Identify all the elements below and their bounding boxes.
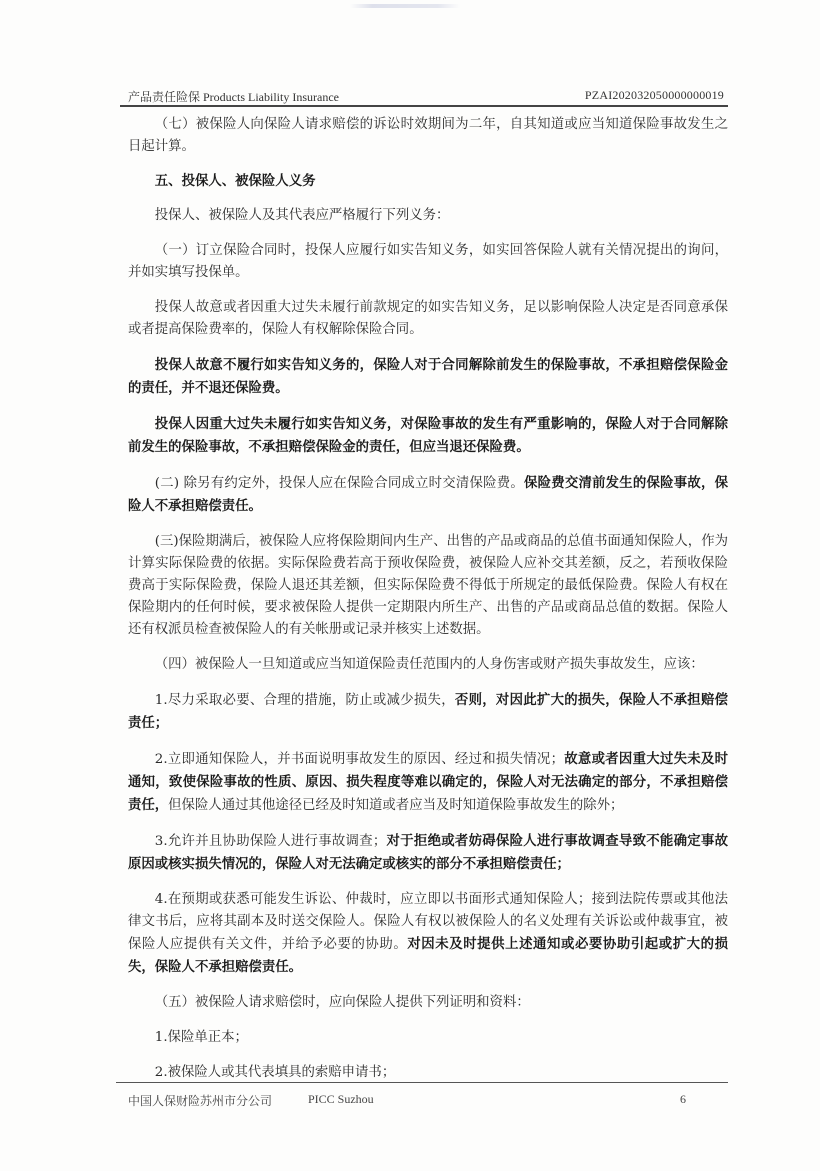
text: (三)保险期满后，被保险人应将保险期间内生产、出售的产品或商品的总值书面通知保险…: [128, 534, 728, 637]
paragraph: 2.立即通知保险人，并书面说明事故发生的原因、经过和损失情况；故意或者因重大过失…: [128, 748, 728, 817]
paragraph: 2.被保险人或其代表填具的索赔申请书；: [128, 1062, 728, 1084]
section-heading: 五、投保人、被保险人义务: [128, 170, 728, 192]
text: 2.立即通知保险人，并书面说明事故发生的原因、经过和损失情况；: [155, 752, 564, 767]
text: 3.允许并且协助保险人进行事故调查；: [155, 834, 386, 849]
paragraph: 1.尽力采取必要、合理的措施，防止或减少损失，否则，对因此扩大的损失，保险人不承…: [128, 689, 728, 735]
paragraph: (二) 除另有约定外，投保人应在保险合同成立时交清保险费。保险费交清前发生的保险…: [128, 472, 728, 518]
page-header: 产品责任险保 Products Liability Insurance PZAI…: [128, 88, 724, 106]
paragraph: 1.保险单正本；: [128, 1027, 728, 1049]
bold-text: 投保人故意不履行如实告知义务的，保险人对于合同解除前发生的保险事故，不承担赔偿保…: [128, 357, 728, 396]
text: 但保险人通过其他途径已经及时知道或者应当及时知道保险事故发生的除外；: [168, 798, 623, 813]
text: （一）订立保险合同时，投保人应履行如实告知义务，如实回答保险人就有关情况提出的询…: [128, 243, 728, 280]
company-name-cn: 中国人保财险苏州市分公司: [128, 1092, 272, 1109]
document-body: （七）被保险人向保险人请求赔偿的诉讼时效期间为二年，自其知道或应当知道保险事故发…: [128, 114, 728, 1084]
paragraph: 3.允许并且协助保险人进行事故调查；对于拒绝或者妨碍保险人进行事故调查导致不能确…: [128, 830, 728, 876]
paragraph: 投保人故意或者因重大过失未履行前款规定的如实告知义务，足以影响保险人决定是否同意…: [128, 297, 728, 341]
paragraph: (三)保险期满后，被保险人应将保险期间内生产、出售的产品或商品的总值书面通知保险…: [128, 531, 728, 641]
bold-text: 五、投保人、被保险人义务: [155, 173, 316, 189]
text: 1.保险单正本；: [155, 1030, 248, 1045]
paragraph: 投保人、被保险人及其代表应严格履行下列义务：: [128, 205, 728, 227]
text: (二) 除另有约定外，投保人应在保险合同成立时交清保险费。: [155, 476, 524, 491]
document-title: 产品责任险保 Products Liability Insurance: [128, 88, 339, 105]
text: （七）被保险人向保险人请求赔偿的诉讼时效期间为二年，自其知道或应当知道保险事故发…: [128, 117, 728, 154]
paragraph: （一）订立保险合同时，投保人应履行如实告知义务，如实回答保险人就有关情况提出的询…: [128, 240, 728, 284]
text: （四）被保险人一旦知道或应当知道保险责任范围内的人身伤害或财产损失事故发生，应该…: [155, 657, 704, 672]
header-divider: [120, 105, 728, 107]
text: 2.被保险人或其代表填具的索赔申请书；: [155, 1065, 395, 1080]
text: 投保人、被保险人及其代表应严格履行下列义务：: [155, 208, 450, 223]
footer-divider: [116, 1082, 728, 1083]
scan-artifact: [350, 4, 460, 8]
bold-text: 投保人因重大过失未履行如实告知义务，对保险事故的发生有严重影响的，保险人对于合同…: [128, 416, 728, 455]
company-name-en: PICC Suzhou: [308, 1092, 374, 1107]
text: （五）被保险人请求赔偿时，应向保险人提供下列证明和资料：: [155, 995, 530, 1010]
paragraph: （五）被保险人请求赔偿时，应向保险人提供下列证明和资料：: [128, 992, 728, 1014]
policy-number: PZAI202032050000000019: [585, 88, 724, 103]
paragraph: 投保人因重大过失未履行如实告知义务，对保险事故的发生有严重影响的，保险人对于合同…: [128, 413, 728, 459]
paragraph: 投保人故意不履行如实告知义务的，保险人对于合同解除前发生的保险事故，不承担赔偿保…: [128, 354, 728, 400]
paragraph: （七）被保险人向保险人请求赔偿的诉讼时效期间为二年，自其知道或应当知道保险事故发…: [128, 114, 728, 158]
paragraph: （四）被保险人一旦知道或应当知道保险责任范围内的人身伤害或财产损失事故发生，应该…: [128, 654, 728, 676]
text: 1.尽力采取必要、合理的措施，防止或减少损失，: [155, 693, 455, 708]
paragraph: 4.在预期或获悉可能发生诉讼、仲裁时，应立即以书面形式通知保险人；接到法院传票或…: [128, 889, 728, 979]
text: 投保人故意或者因重大过失未履行前款规定的如实告知义务，足以影响保险人决定是否同意…: [128, 300, 728, 337]
page-number: 6: [680, 1092, 686, 1107]
